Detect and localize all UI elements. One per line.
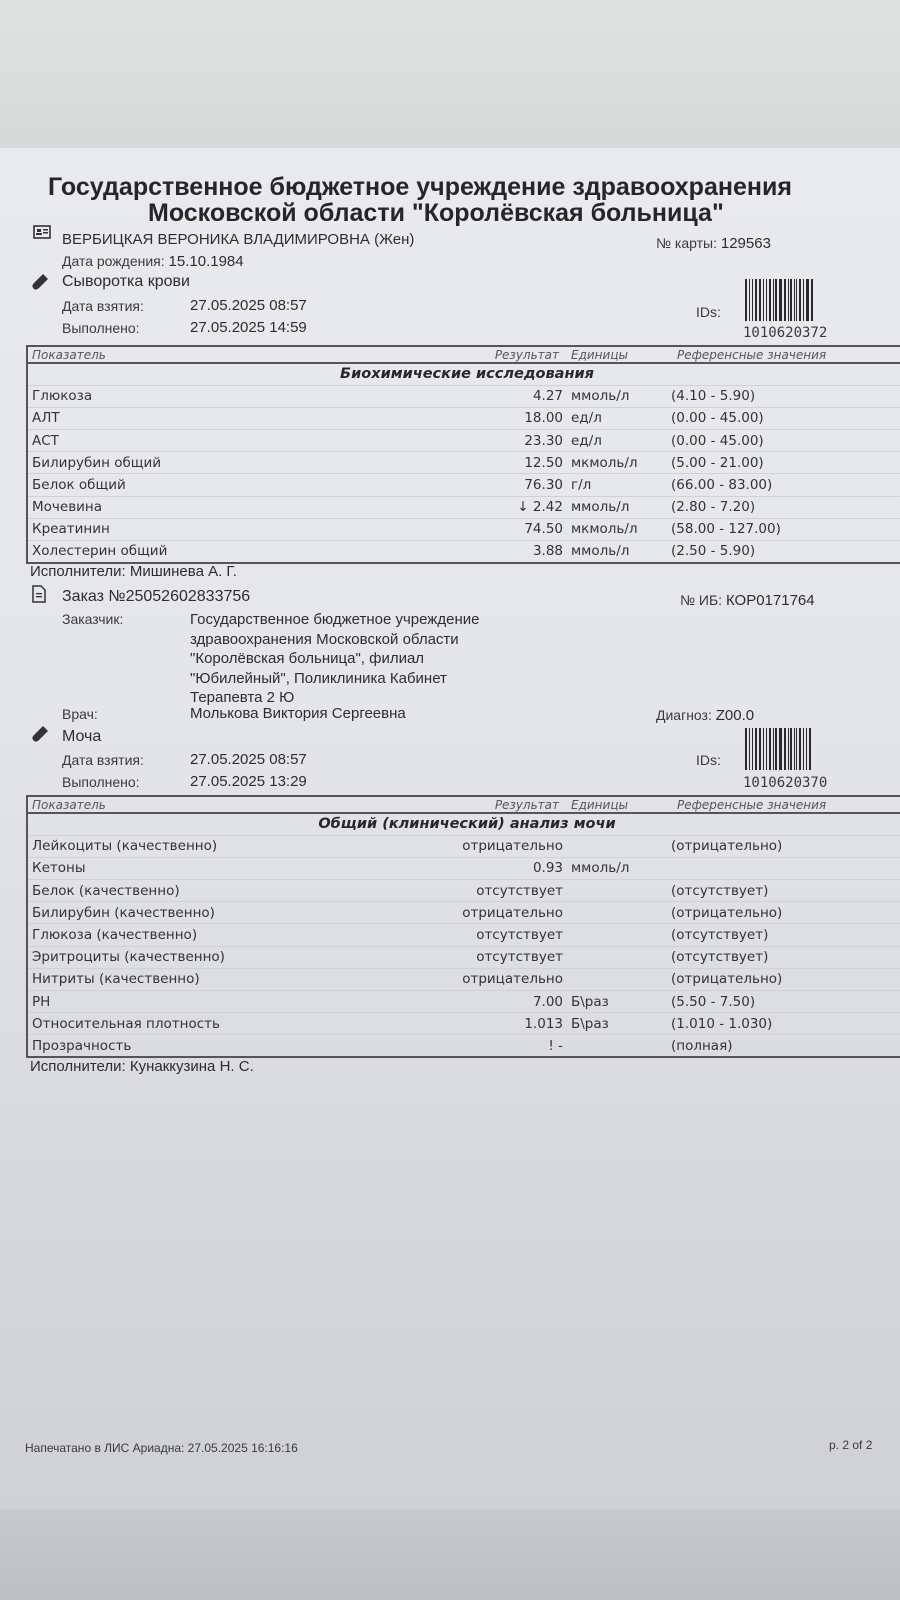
sample1-material: Сыворотка крови [62, 273, 190, 291]
unit: ммоль/л [567, 385, 667, 407]
indicator-name: Эритроциты (качественно) [27, 946, 417, 968]
reference-range: (5.00 - 21.00) [667, 452, 900, 474]
unit: ед/л [567, 407, 667, 429]
order-title: Заказ №25052602833756 [62, 588, 250, 606]
result-value: 1.013 [417, 1013, 567, 1035]
dob-value: 15.10.1984 [169, 253, 244, 270]
sample2-barcode [745, 728, 813, 770]
section-title: Биохимические исследования [27, 363, 900, 385]
sample1-done-value: 27.05.2025 14:59 [190, 319, 307, 336]
sample2-ids-label: IDs: [696, 752, 721, 768]
table-row: Креатинин74.50мкмоль/л(58.00 - 127.00) [27, 518, 900, 540]
unit [567, 880, 667, 902]
table-row: АЛТ18.00ед/л(0.00 - 45.00) [27, 407, 900, 429]
col-indicator: Показатель [27, 796, 417, 813]
reference-range: (2.50 - 5.90) [667, 541, 900, 563]
indicator-name: Глюкоза [27, 385, 417, 407]
unit: мкмоль/л [567, 518, 667, 540]
sample1-barcode-number: 1010620372 [743, 325, 827, 341]
institution-title-line2: Московской области "Королёвская больница… [148, 199, 724, 227]
table-row: Глюкоза (качественно)отсутствует(отсутст… [27, 924, 900, 946]
indicator-name: Глюкоза (качественно) [27, 924, 417, 946]
col-result: Результат [417, 796, 567, 813]
sample1-performers: Исполнители: Мишинева А. Г. [30, 563, 237, 580]
card-label: № карты: [656, 235, 717, 251]
result-value: отсутствует [417, 880, 567, 902]
reference-range: (58.00 - 127.00) [667, 518, 900, 540]
indicator-name: Белок (качественно) [27, 880, 417, 902]
performers-value: Мишинева А. Г. [130, 563, 237, 580]
institution-title-line1: Государственное бюджетное учреждение здр… [48, 173, 900, 201]
table-row: АСТ23.30ед/л(0.00 - 45.00) [27, 430, 900, 452]
reference-range [667, 857, 900, 879]
col-reference: Референсные значения [667, 796, 900, 813]
result-value: отсутствует [417, 924, 567, 946]
col-reference: Референсные значения [667, 346, 900, 363]
table-row: Билирубин (качественно)отрицательно(отри… [27, 902, 900, 924]
sample1-done-label: Выполнено: [62, 320, 140, 336]
test-tube-icon [31, 725, 49, 743]
biochemistry-results-table: Показатель Результат Единицы Референсные… [26, 345, 900, 564]
document-icon [32, 585, 46, 603]
reference-range: (отсутствует) [667, 946, 900, 968]
section-title: Общий (клинический) анализ мочи [27, 813, 900, 835]
indicator-name: Билирубин (качественно) [27, 902, 417, 924]
result-value: отрицательно [417, 968, 567, 990]
unit: ммоль/л [567, 496, 667, 518]
result-value: отсутствует [417, 946, 567, 968]
result-value: 18.00 [417, 407, 567, 429]
performers-label: Исполнители: [30, 1058, 126, 1075]
result-value: отрицательно [417, 902, 567, 924]
unit: г/л [567, 474, 667, 496]
customer-line: здравоохранения Московской области [190, 630, 479, 650]
sample2-taken-value: 27.05.2025 08:57 [190, 751, 307, 768]
indicator-name: Холестерин общий [27, 541, 417, 563]
sample1-taken-label: Дата взятия: [62, 298, 144, 314]
result-value: отрицательно [417, 835, 567, 857]
table-row: Билирубин общий12.50мкмоль/л(5.00 - 21.0… [27, 452, 900, 474]
table-row: Белок общий76.30г/л(66.00 - 83.00) [27, 474, 900, 496]
reference-range: (отсутствует) [667, 880, 900, 902]
dob-label: Дата рождения: [62, 253, 165, 269]
unit [567, 835, 667, 857]
ib-value: КОР0171764 [726, 592, 815, 609]
sample1-barcode [745, 279, 815, 321]
customer-line: "Юбилейный", Поликлиника Кабинет [190, 669, 479, 689]
col-result: Результат [417, 346, 567, 363]
unit: ммоль/л [567, 541, 667, 563]
reference-range: (5.50 - 7.50) [667, 991, 900, 1013]
unit [567, 924, 667, 946]
table-row: Кетоны0.93ммоль/л [27, 857, 900, 879]
reference-range: (отсутствует) [667, 924, 900, 946]
ib-label: № ИБ: [680, 592, 722, 608]
table-row: Нитриты (качественно)отрицательно(отрица… [27, 968, 900, 990]
sample1-ids-label: IDs: [696, 304, 721, 320]
unit: Б\раз [567, 1013, 667, 1035]
result-value: ↓ 2.42 [417, 496, 567, 518]
reference-range: (0.00 - 45.00) [667, 430, 900, 452]
col-indicator: Показатель [27, 346, 417, 363]
table-row: Глюкоза4.27ммоль/л(4.10 - 5.90) [27, 385, 900, 407]
sample2-barcode-number: 1010620370 [743, 775, 827, 791]
sample2-taken-label: Дата взятия: [62, 752, 144, 768]
reference-range: (0.00 - 45.00) [667, 407, 900, 429]
unit: ммоль/л [567, 857, 667, 879]
result-value: 7.00 [417, 991, 567, 1013]
indicator-name: Билирубин общий [27, 452, 417, 474]
customer-label: Заказчик: [62, 611, 123, 627]
result-value: 4.27 [417, 385, 567, 407]
reference-range: (отрицательно) [667, 835, 900, 857]
table-row: Эритроциты (качественно)отсутствует(отсу… [27, 946, 900, 968]
reference-range: (2.80 - 7.20) [667, 496, 900, 518]
table-row: PH7.00Б\раз(5.50 - 7.50) [27, 991, 900, 1013]
indicator-name: Мочевина [27, 496, 417, 518]
performers-value: Кунаккузина Н. С. [130, 1058, 254, 1075]
result-value: 12.50 [417, 452, 567, 474]
indicator-name: Лейкоциты (качественно) [27, 835, 417, 857]
patient-name: ВЕРБИЦКАЯ ВЕРОНИКА ВЛАДИМИРОВНА (Жен) [62, 231, 414, 248]
customer-line: "Королёвская больница", филиал [190, 649, 479, 669]
table-row: Белок (качественно)отсутствует(отсутству… [27, 880, 900, 902]
unit: мкмоль/л [567, 452, 667, 474]
diagnosis-value: Z00.0 [716, 707, 754, 724]
reference-range: (1.010 - 1.030) [667, 1013, 900, 1035]
reference-range: (полная) [667, 1035, 900, 1057]
reference-range: (отрицательно) [667, 902, 900, 924]
table-row: Лейкоциты (качественно)отрицательно(отри… [27, 835, 900, 857]
table-row: Относительная плотность1.013Б\раз(1.010 … [27, 1013, 900, 1035]
result-value: 76.30 [417, 474, 567, 496]
result-value: ! - [417, 1035, 567, 1057]
sample2-done-label: Выполнено: [62, 774, 140, 790]
indicator-name: Относительная плотность [27, 1013, 417, 1035]
indicator-name: Прозрачность [27, 1035, 417, 1057]
reference-range: (4.10 - 5.90) [667, 385, 900, 407]
sample1-taken-value: 27.05.2025 08:57 [190, 297, 307, 314]
table-row: Прозрачность! -(полная) [27, 1035, 900, 1057]
sample2-performers: Исполнители: Кунаккузина Н. С. [30, 1058, 254, 1075]
result-value: 0.93 [417, 857, 567, 879]
unit [567, 968, 667, 990]
performers-label: Исполнители: [30, 563, 126, 580]
reference-range: (отрицательно) [667, 968, 900, 990]
diagnosis-label: Диагноз: [656, 707, 712, 723]
indicator-name: Кетоны [27, 857, 417, 879]
customer-value: Государственное бюджетное учреждениездра… [190, 610, 479, 708]
sample2-done-value: 27.05.2025 13:29 [190, 773, 307, 790]
unit [567, 902, 667, 924]
urinalysis-results-table: Показатель Результат Единицы Референсные… [26, 795, 900, 1058]
lab-report-page: Государственное бюджетное учреждение здр… [0, 148, 900, 1510]
unit [567, 946, 667, 968]
unit: Б\раз [567, 991, 667, 1013]
table-row: Холестерин общий3.88ммоль/л(2.50 - 5.90) [27, 541, 900, 563]
indicator-name: АЛТ [27, 407, 417, 429]
doctor-label: Врач: [62, 706, 98, 722]
indicator-name: АСТ [27, 430, 417, 452]
card-number: 129563 [721, 235, 771, 252]
id-card-icon [33, 225, 51, 239]
indicator-name: PH [27, 991, 417, 1013]
customer-line: Государственное бюджетное учреждение [190, 610, 479, 630]
indicator-name: Белок общий [27, 474, 417, 496]
doctor-value: Молькова Виктория Сергеевна [190, 705, 406, 722]
indicator-name: Креатинин [27, 518, 417, 540]
table-row: Мочевина↓ 2.42ммоль/л(2.80 - 7.20) [27, 496, 900, 518]
result-value: 3.88 [417, 541, 567, 563]
test-tube-icon [31, 273, 49, 291]
sample2-material: Моча [62, 728, 101, 746]
unit [567, 1035, 667, 1057]
result-value: 74.50 [417, 518, 567, 540]
page-number: p. 2 of 2 [829, 1438, 872, 1452]
col-units: Единицы [567, 796, 667, 813]
col-units: Единицы [567, 346, 667, 363]
printed-timestamp: Напечатано в ЛИС Ариадна: 27.05.2025 16:… [25, 1441, 298, 1455]
indicator-name: Нитриты (качественно) [27, 968, 417, 990]
reference-range: (66.00 - 83.00) [667, 474, 900, 496]
result-value: 23.30 [417, 430, 567, 452]
unit: ед/л [567, 430, 667, 452]
